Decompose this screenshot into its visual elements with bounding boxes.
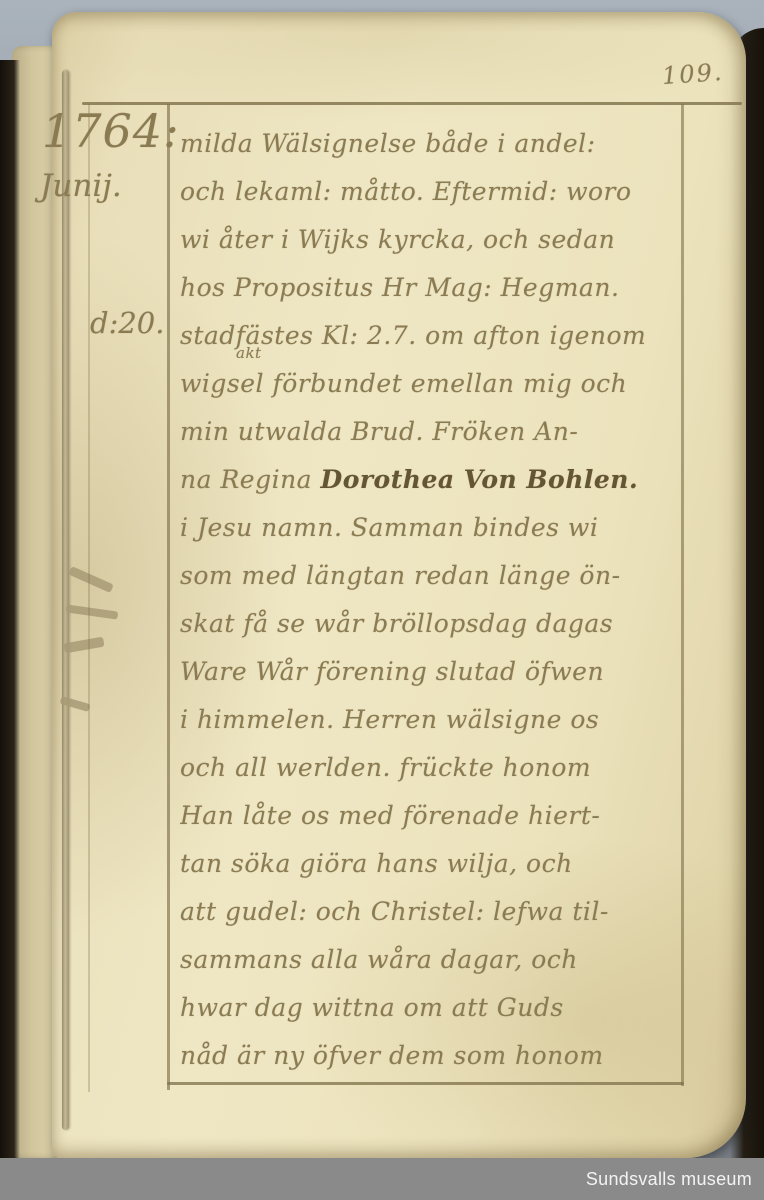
manuscript-line: wi åter i Wijks kyrcka, och sedan <box>180 216 680 264</box>
manuscript-line: hos Propositus Hr Mag: Hegman. <box>180 264 680 312</box>
manuscript-line: skat få se wår bröllopsdag dagas <box>180 600 680 648</box>
manuscript-line: Han låte os med förenade hiert- <box>180 792 680 840</box>
margin-day: d:20. <box>90 306 164 340</box>
manuscript-text-block: milda Wälsignelse både i andel: och leka… <box>180 120 680 1082</box>
museum-credit-bar: Sundsvalls museum <box>0 1158 764 1200</box>
manuscript-line: att gudel: och Christel: lefwa til- <box>180 888 680 936</box>
frame-rule-right <box>681 104 684 1086</box>
binding-thread <box>62 70 69 1130</box>
manuscript-line-text: wigsel förbundet emellan mig och <box>180 369 627 398</box>
manuscript-line: na Regina Dorothea Von Bohlen. <box>180 456 680 504</box>
frame-rule-top <box>82 102 742 105</box>
frame-rule-bottom <box>167 1082 684 1085</box>
manuscript-line: som med längtan redan länge ön- <box>180 552 680 600</box>
manuscript-line: sammans alla wåra dagar, och <box>180 936 680 984</box>
museum-credit-label: Sundsvalls museum <box>586 1169 752 1190</box>
margin-month: Junij. <box>40 168 122 204</box>
frame-rule-margin-divider <box>167 104 170 1090</box>
manuscript-line: min utwalda Brud. Fröken An- <box>180 408 680 456</box>
manuscript-line: och lekaml: måtto. Eftermid: woro <box>180 168 680 216</box>
manuscript-line: i Jesu namn. Samman bindes wi <box>180 504 680 552</box>
manuscript-line: och all werlden. frückte honom <box>180 744 680 792</box>
manuscript-line: i himmelen. Herren wälsigne os <box>180 696 680 744</box>
manuscript-line: milda Wälsignelse både i andel: <box>180 120 680 168</box>
manuscript-line: tan söka giöra hans wilja, och <box>180 840 680 888</box>
manuscript-line: nåd är ny öfver dem som honom <box>180 1032 680 1080</box>
manuscript-line: aktwigsel förbundet emellan mig och <box>180 360 680 408</box>
frame-rule-left <box>88 104 90 1092</box>
interlinear-insertion: akt <box>236 346 262 361</box>
book-cover-left-edge <box>0 60 20 1158</box>
manuscript-line-text: na Regina <box>180 465 321 494</box>
page-number: 109. <box>661 58 724 90</box>
manuscript-line: Ware Wår förening slutad öfwen <box>180 648 680 696</box>
emphasized-name: Dorothea Von Bohlen. <box>321 465 639 494</box>
margin-year: 1764: <box>42 104 180 158</box>
manuscript-line: hwar dag wittna om att Guds <box>180 984 680 1032</box>
